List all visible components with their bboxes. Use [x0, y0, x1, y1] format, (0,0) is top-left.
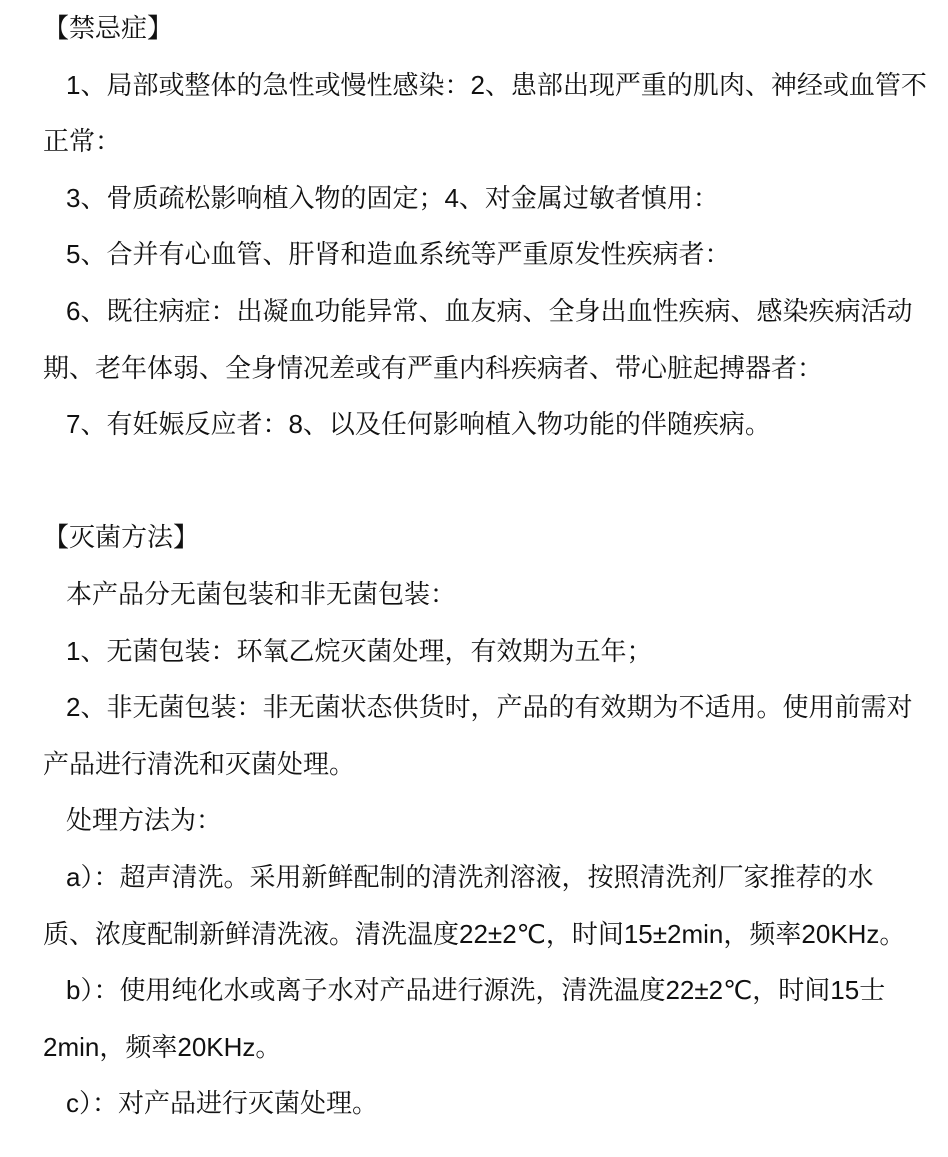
text-line: a）：超声清洗。采用新鲜配制的清洗剂溶液，按照清洗剂厂家推荐的水: [43, 849, 938, 906]
text-line: 6、既往病症：出凝血功能异常、血友病、全身出血性疾病、感染疾病活动: [43, 283, 938, 340]
section-contraindications: 【禁忌症】 1、局部或整体的急性或慢性感染：2、患部出现严重的肌肉、神经或血管不…: [43, 0, 938, 453]
section-sterilization-method: 【灭菌方法】 本产品分无菌包装和非无菌包装： 1、无菌包装：环氧乙烷灭菌处理，有…: [43, 509, 938, 1132]
text-line: 1、无菌包装：环氧乙烷灭菌处理，有效期为五年；: [43, 623, 938, 680]
section-spacer: [43, 453, 938, 510]
text-line: 2min，频率20KHz。: [43, 1019, 938, 1076]
text-line: 处理方法为：: [43, 792, 938, 849]
text-line: b）：使用纯化水或离子水对产品进行源洗，清洗温度22±2℃，时间15士: [43, 962, 938, 1019]
text-line: 5、合并有心血管、肝肾和造血系统等严重原发性疾病者：: [43, 226, 938, 283]
text-line: 7、有妊娠反应者：8、以及任何影响植入物功能的伴随疾病。: [43, 396, 938, 453]
text-line: c）：对产品进行灭菌处理。: [43, 1075, 938, 1132]
text-line: 2、非无菌包装：非无菌状态供货时，产品的有效期为不适用。使用前需对: [43, 679, 938, 736]
document-page: 【禁忌症】 1、局部或整体的急性或慢性感染：2、患部出现严重的肌肉、神经或血管不…: [0, 0, 948, 1157]
text-line: 期、老年体弱、全身情况差或有严重内科疾病者、带心脏起搏器者：: [43, 340, 938, 397]
text-line: 产品进行清洗和灭菌处理。: [43, 736, 938, 793]
section-heading-sterilization: 【灭菌方法】: [43, 509, 938, 566]
text-line: 质、浓度配制新鲜清洗液。清洗温度22±2℃，时间15±2min，频率20KHz。: [43, 906, 938, 963]
text-line: 正常：: [43, 113, 938, 170]
text-line: 3、骨质疏松影响植入物的固定；4、对金属过敏者慎用：: [43, 170, 938, 227]
section-heading-contraindications: 【禁忌症】: [43, 0, 938, 57]
text-line: 本产品分无菌包装和非无菌包装：: [43, 566, 938, 623]
text-line: 1、局部或整体的急性或慢性感染：2、患部出现严重的肌肉、神经或血管不: [43, 57, 938, 114]
